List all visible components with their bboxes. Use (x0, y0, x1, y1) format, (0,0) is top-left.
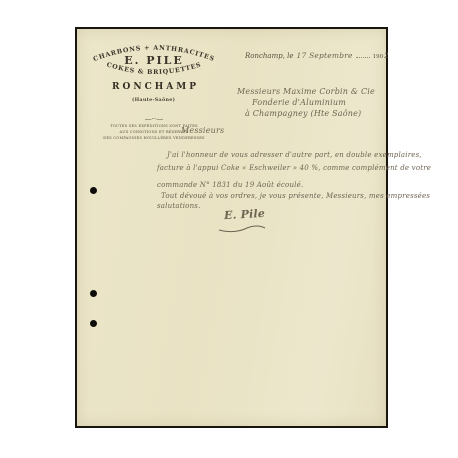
signature: E. Pile (224, 207, 266, 222)
letterhead: CHARBONS + ANTHRACITES E. PILE COKES & B… (91, 37, 217, 159)
recipient-line: à Champagney (Hte Saône) (245, 108, 375, 119)
city-name: RONCHAMP (91, 82, 217, 92)
letterhead-oval-text: CHARBONS + ANTHRACITES E. PILE COKES & B… (91, 37, 217, 81)
punch-hole (90, 320, 97, 327)
handwritten-date: 17 Septembre (297, 51, 353, 60)
punch-hole (90, 187, 97, 194)
dotted-leader (356, 51, 370, 58)
body-line: Tout dévoué à vos ordres, je vous présen… (161, 192, 430, 200)
handwritten-year-digit: 2 (384, 52, 389, 60)
body-line: J'ai l'honneur de vous adresser d'autre … (167, 151, 422, 159)
salutation: Messieurs (181, 126, 224, 135)
letter-scan-paper: CHARBONS + ANTHRACITES E. PILE COKES & B… (75, 27, 388, 428)
divider-ornament: —··— (91, 117, 217, 122)
recipient-line: Messieurs Maxime Corbin & Cie (237, 86, 375, 97)
scan-background: { "colors": { "paper": "#ece6ca", "ink_p… (0, 0, 458, 458)
region-name: (Haute-Saône) (132, 96, 175, 102)
punch-hole (90, 290, 97, 297)
signature-flourish (217, 222, 267, 234)
body-line: salutations. (157, 202, 201, 210)
notice-line: DES COMPAGNIES HOUILLÈRES VENDERESSES (91, 135, 217, 141)
dateline: Ronchamp, le 17 Septembre 190 2 (245, 51, 379, 60)
recipient-address: Messieurs Maxime Corbin & Cie Fonderie d… (237, 86, 375, 119)
body-line: facture à l'appui Coke « Eschweiler » 40… (157, 164, 431, 172)
body-line: commande N° 1831 du 19 Août écoulé. (157, 181, 303, 189)
company-name: E. PILE (124, 54, 183, 67)
recipient-line: Fonderie d'Aluminium (252, 97, 375, 108)
printed-year-prefix: 190 (373, 54, 384, 60)
printed-place-label: Ronchamp, le (245, 52, 294, 60)
